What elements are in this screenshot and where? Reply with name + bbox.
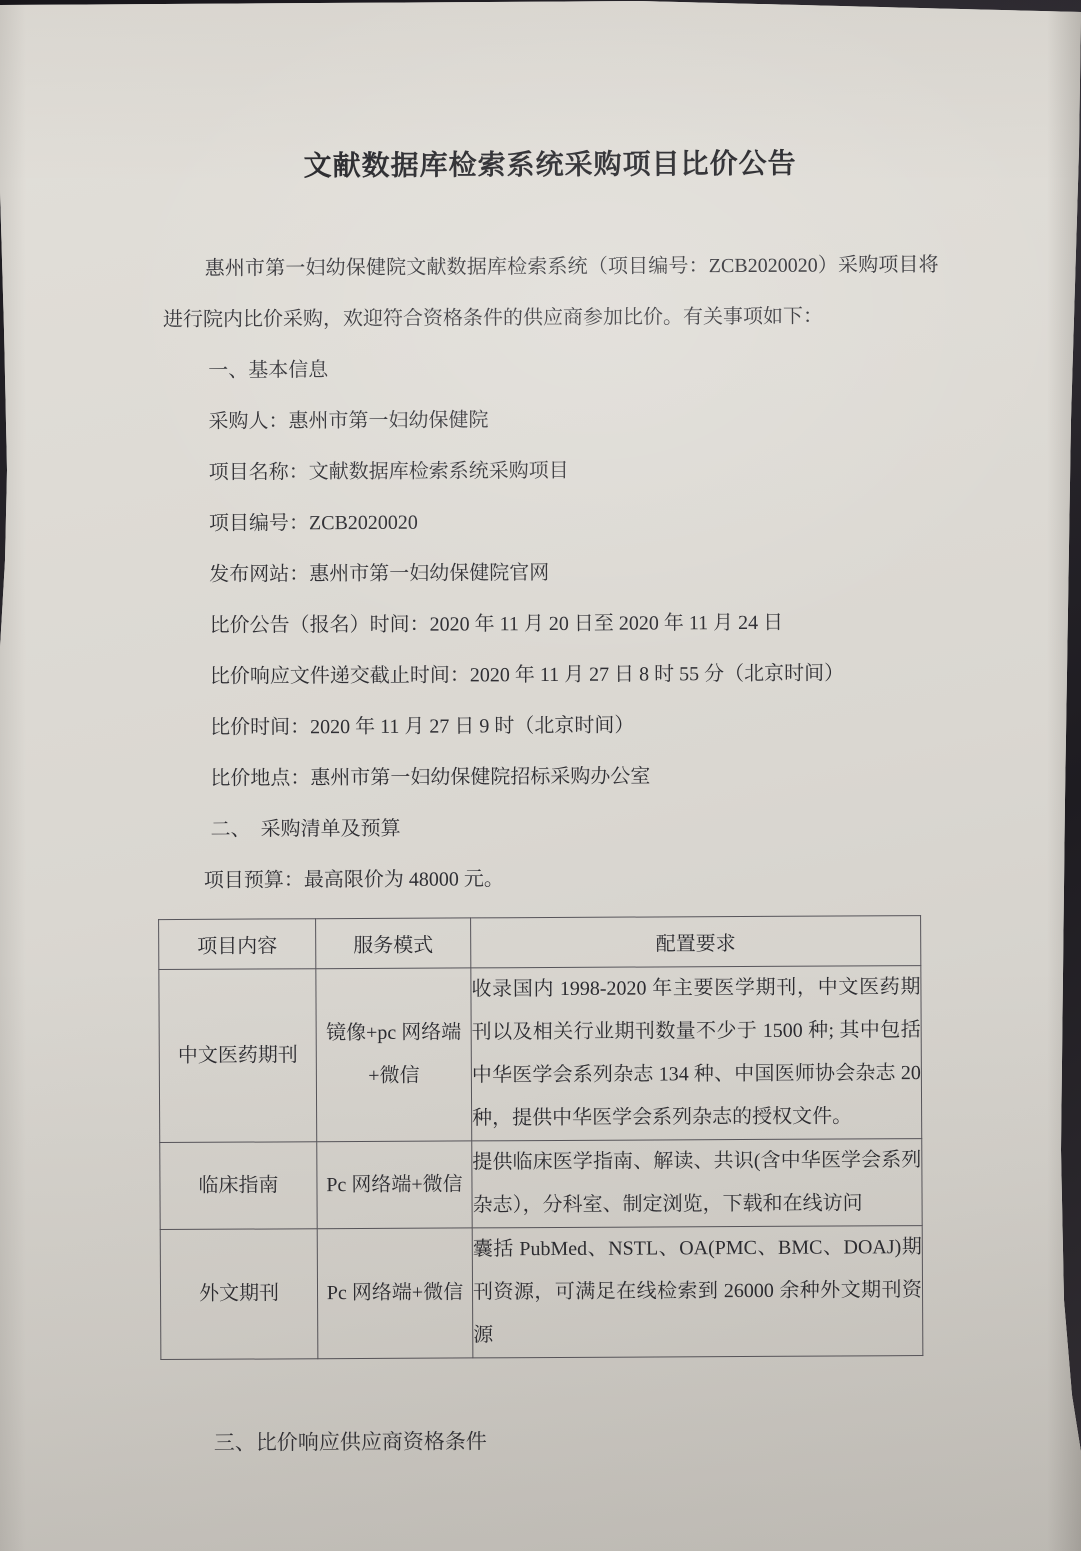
table-header-row: 项目内容 服务模式 配置要求 [159, 916, 921, 970]
table-header-item: 项目内容 [159, 919, 316, 970]
table-header-requirement: 配置要求 [471, 916, 921, 968]
section-heading-procurement-list: 二、 采购清单及预算 [165, 801, 941, 856]
info-line-deadline: 比价响应文件递交截止时间：2020 年 11 月 27 日 8 时 55 分（北… [165, 648, 941, 703]
document-content: 文献数据库检索系统采购项目比价公告 惠州市第一妇幼保健院文献数据库检索系统（项目… [162, 138, 945, 1469]
info-line-project-number: 项目编号：ZCB2020020 [164, 495, 940, 550]
cell-item: 临床指南 [160, 1142, 317, 1230]
budget-line: 项目预算：最高限价为 48000 元。 [166, 852, 942, 907]
procurement-table: 项目内容 服务模式 配置要求 中文医药期刊 镜像+pc 网络端 +微信 收录国内… [158, 915, 923, 1360]
paper-sheet: 文献数据库检索系统采购项目比价公告 惠州市第一妇幼保健院文献数据库检索系统（项目… [0, 0, 1081, 1551]
document-title: 文献数据库检索系统采购项目比价公告 [162, 138, 938, 194]
section-heading-qualification: 三、比价响应供应商资格条件 [169, 1414, 945, 1469]
info-line-bid-place: 比价地点：惠州市第一妇幼保健院招标采购办公室 [165, 750, 941, 805]
info-line-publish-site: 发布网站：惠州市第一妇幼保健院官网 [164, 546, 940, 601]
info-line-buyer: 采购人：惠州市第一妇幼保健院 [163, 393, 939, 448]
cell-requirement: 提供临床医学指南、解读、共识(含中华医学会系列杂志），分科室、制定浏览，下载和在… [472, 1139, 922, 1228]
cell-requirement: 收录国内 1998-2020 年主要医学期刊，中文医药期刊以及相关行业期刊数量不… [471, 966, 922, 1141]
info-line-project-name: 项目名称：文献数据库检索系统采购项目 [164, 444, 940, 499]
table-row-clinical-guides: 临床指南 Pc 网络端+微信 提供临床医学指南、解读、共识(含中华医学会系列杂志… [160, 1139, 922, 1230]
photo-background: 文献数据库检索系统采购项目比价公告 惠州市第一妇幼保健院文献数据库检索系统（项目… [0, 0, 1081, 1551]
table-row-foreign-journals: 外文期刊 Pc 网络端+微信 囊括 PubMed、NSTL、OA(PMC、BMC… [160, 1226, 923, 1360]
intro-paragraph: 惠州市第一妇幼保健院文献数据库检索系统（项目编号：ZCB2020020）采购项目… [163, 240, 940, 346]
cell-item: 中文医药期刊 [159, 969, 317, 1143]
table-header-mode: 服务模式 [316, 918, 471, 969]
cell-mode: Pc 网络端+微信 [317, 1141, 472, 1229]
table-row-chinese-journals: 中文医药期刊 镜像+pc 网络端 +微信 收录国内 1998-2020 年主要医… [159, 966, 922, 1143]
cell-item: 外文期刊 [160, 1229, 318, 1360]
info-line-announce-time: 比价公告（报名）时间：2020 年 11 月 20 日至 2020 年 11 月… [164, 597, 940, 652]
info-line-bid-time: 比价时间：2020 年 11 月 27 日 9 时（北京时间） [165, 699, 941, 754]
cell-requirement: 囊括 PubMed、NSTL、OA(PMC、BMC、DOAJ)期刊资源，可满足在… [472, 1226, 923, 1358]
cell-mode: 镜像+pc 网络端 +微信 [316, 968, 472, 1142]
cell-mode: Pc 网络端+微信 [317, 1228, 473, 1359]
section-heading-basic-info: 一、基本信息 [163, 342, 939, 397]
